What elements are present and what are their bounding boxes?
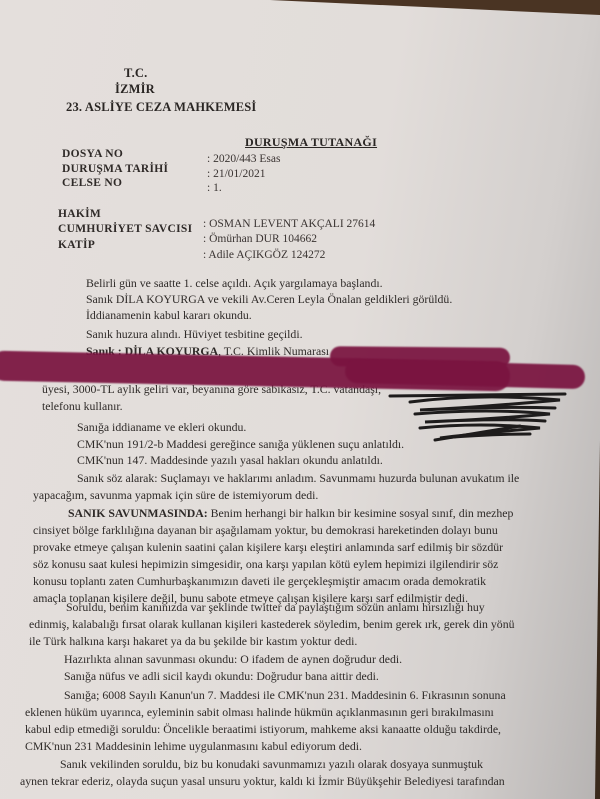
- official-label-prosecutor: CUMHURİYET SAVCISI: [58, 223, 192, 235]
- defense-first-line: SANIK SAVUNMASINDA: Benim herhangi bir h…: [68, 506, 513, 521]
- paragraph: CMK'nun 147. Maddesinde yazılı yasal hak…: [77, 453, 383, 468]
- case-label-session-no: CELSE NO: [62, 177, 122, 189]
- document-title: DURUŞMA TUTANAĞI: [245, 135, 377, 150]
- paragraph: konusu toplantı zaten Cumhurbaşkanımızın…: [33, 574, 486, 589]
- header-court: 23. ASLİYE CEZA MAHKEMESİ: [66, 100, 256, 115]
- paragraph: Sanık vekilinden soruldu, biz bu konudak…: [60, 757, 483, 772]
- paragraph: ile Türk halkına karşı hakaret ya da bu …: [29, 634, 357, 649]
- official-value-prosecutor: : Ömürhan DUR 104662: [203, 233, 317, 245]
- paragraph: Sanık huzura alındı. Hüviyet tesbitine g…: [86, 327, 303, 342]
- paragraph: CMK'nun 191/2-b Maddesi gereğince sanığa…: [77, 437, 404, 452]
- paragraph: söz konusu saat kulesi hepimizin simgesi…: [33, 557, 498, 572]
- defense-text: Benim herhangi bir halkın bir kesimine s…: [208, 506, 514, 520]
- header-city: İZMİR: [115, 82, 155, 97]
- official-label-clerk: KATİP: [58, 239, 95, 251]
- case-value-session-no: : 1.: [207, 182, 222, 194]
- paragraph: kabul edip etmediği soruldu: Öncelikle b…: [25, 722, 501, 737]
- paragraph: Hazırlıkta alınan savunması okundu: O if…: [64, 652, 402, 667]
- redaction-pen-scribble: [380, 388, 580, 443]
- official-value-judge: : OSMAN LEVENT AKÇALI 27614: [203, 218, 375, 230]
- case-label-hearing-date: DURUŞMA TARİHİ: [62, 163, 168, 175]
- paragraph: İddianamenin kabul kararı okundu.: [86, 308, 252, 323]
- case-label-file-no: DOSYA NO: [62, 148, 123, 160]
- case-value-hearing-date: : 21/01/2021: [207, 168, 265, 180]
- paragraph: Sanık söz alarak: Suçlamayı ve haklarımı…: [77, 471, 519, 486]
- defense-heading: SANIK SAVUNMASINDA:: [68, 506, 208, 520]
- header-tc: T.C.: [124, 66, 148, 81]
- paragraph: Sanığa iddianame ve ekleri okundu.: [77, 420, 246, 435]
- paragraph: eklenen hüküm uyarınca, eyleminin sabit …: [25, 705, 494, 720]
- paragraph: Sanığa; 6008 Sayılı Kanun'un 7. Maddesi …: [64, 688, 506, 703]
- official-value-clerk: : Adile AÇIKGÖZ 124272: [203, 249, 325, 261]
- official-label-judge: HAKİM: [58, 208, 101, 220]
- paragraph: provake etmeye çalışan kulenin saatini ç…: [33, 540, 503, 555]
- paragraph: Soruldu, benim kanınızda var şeklinde tw…: [66, 600, 485, 615]
- paragraph: Sanığa nüfus ve adli sicil kaydı okundu:…: [64, 669, 379, 684]
- paragraph: Sanık DİLA KOYURGA ve vekili Av.Ceren Le…: [86, 292, 452, 307]
- document-page: T.C. İZMİR 23. ASLİYE CEZA MAHKEMESİ DUR…: [0, 0, 600, 799]
- paragraph: yapacağım, savunma yapmak için süre de i…: [33, 488, 318, 503]
- paragraph: telefonu kullanır.: [42, 399, 123, 414]
- paragraph: CMK'nun 231 Maddesinin lehime uygulanmas…: [25, 739, 362, 754]
- paragraph: edinmiş, kalabalığı fırsat olarak kullan…: [29, 617, 515, 632]
- paragraph: cinsiyet bölge farklılığına dayanan bir …: [33, 523, 498, 538]
- paragraph: Belirli gün ve saatte 1. celse açıldı. A…: [86, 276, 383, 291]
- paragraph: aynen tekrar ederiz, olayda suçun yasal …: [20, 774, 505, 789]
- case-value-file-no: : 2020/443 Esas: [207, 153, 280, 165]
